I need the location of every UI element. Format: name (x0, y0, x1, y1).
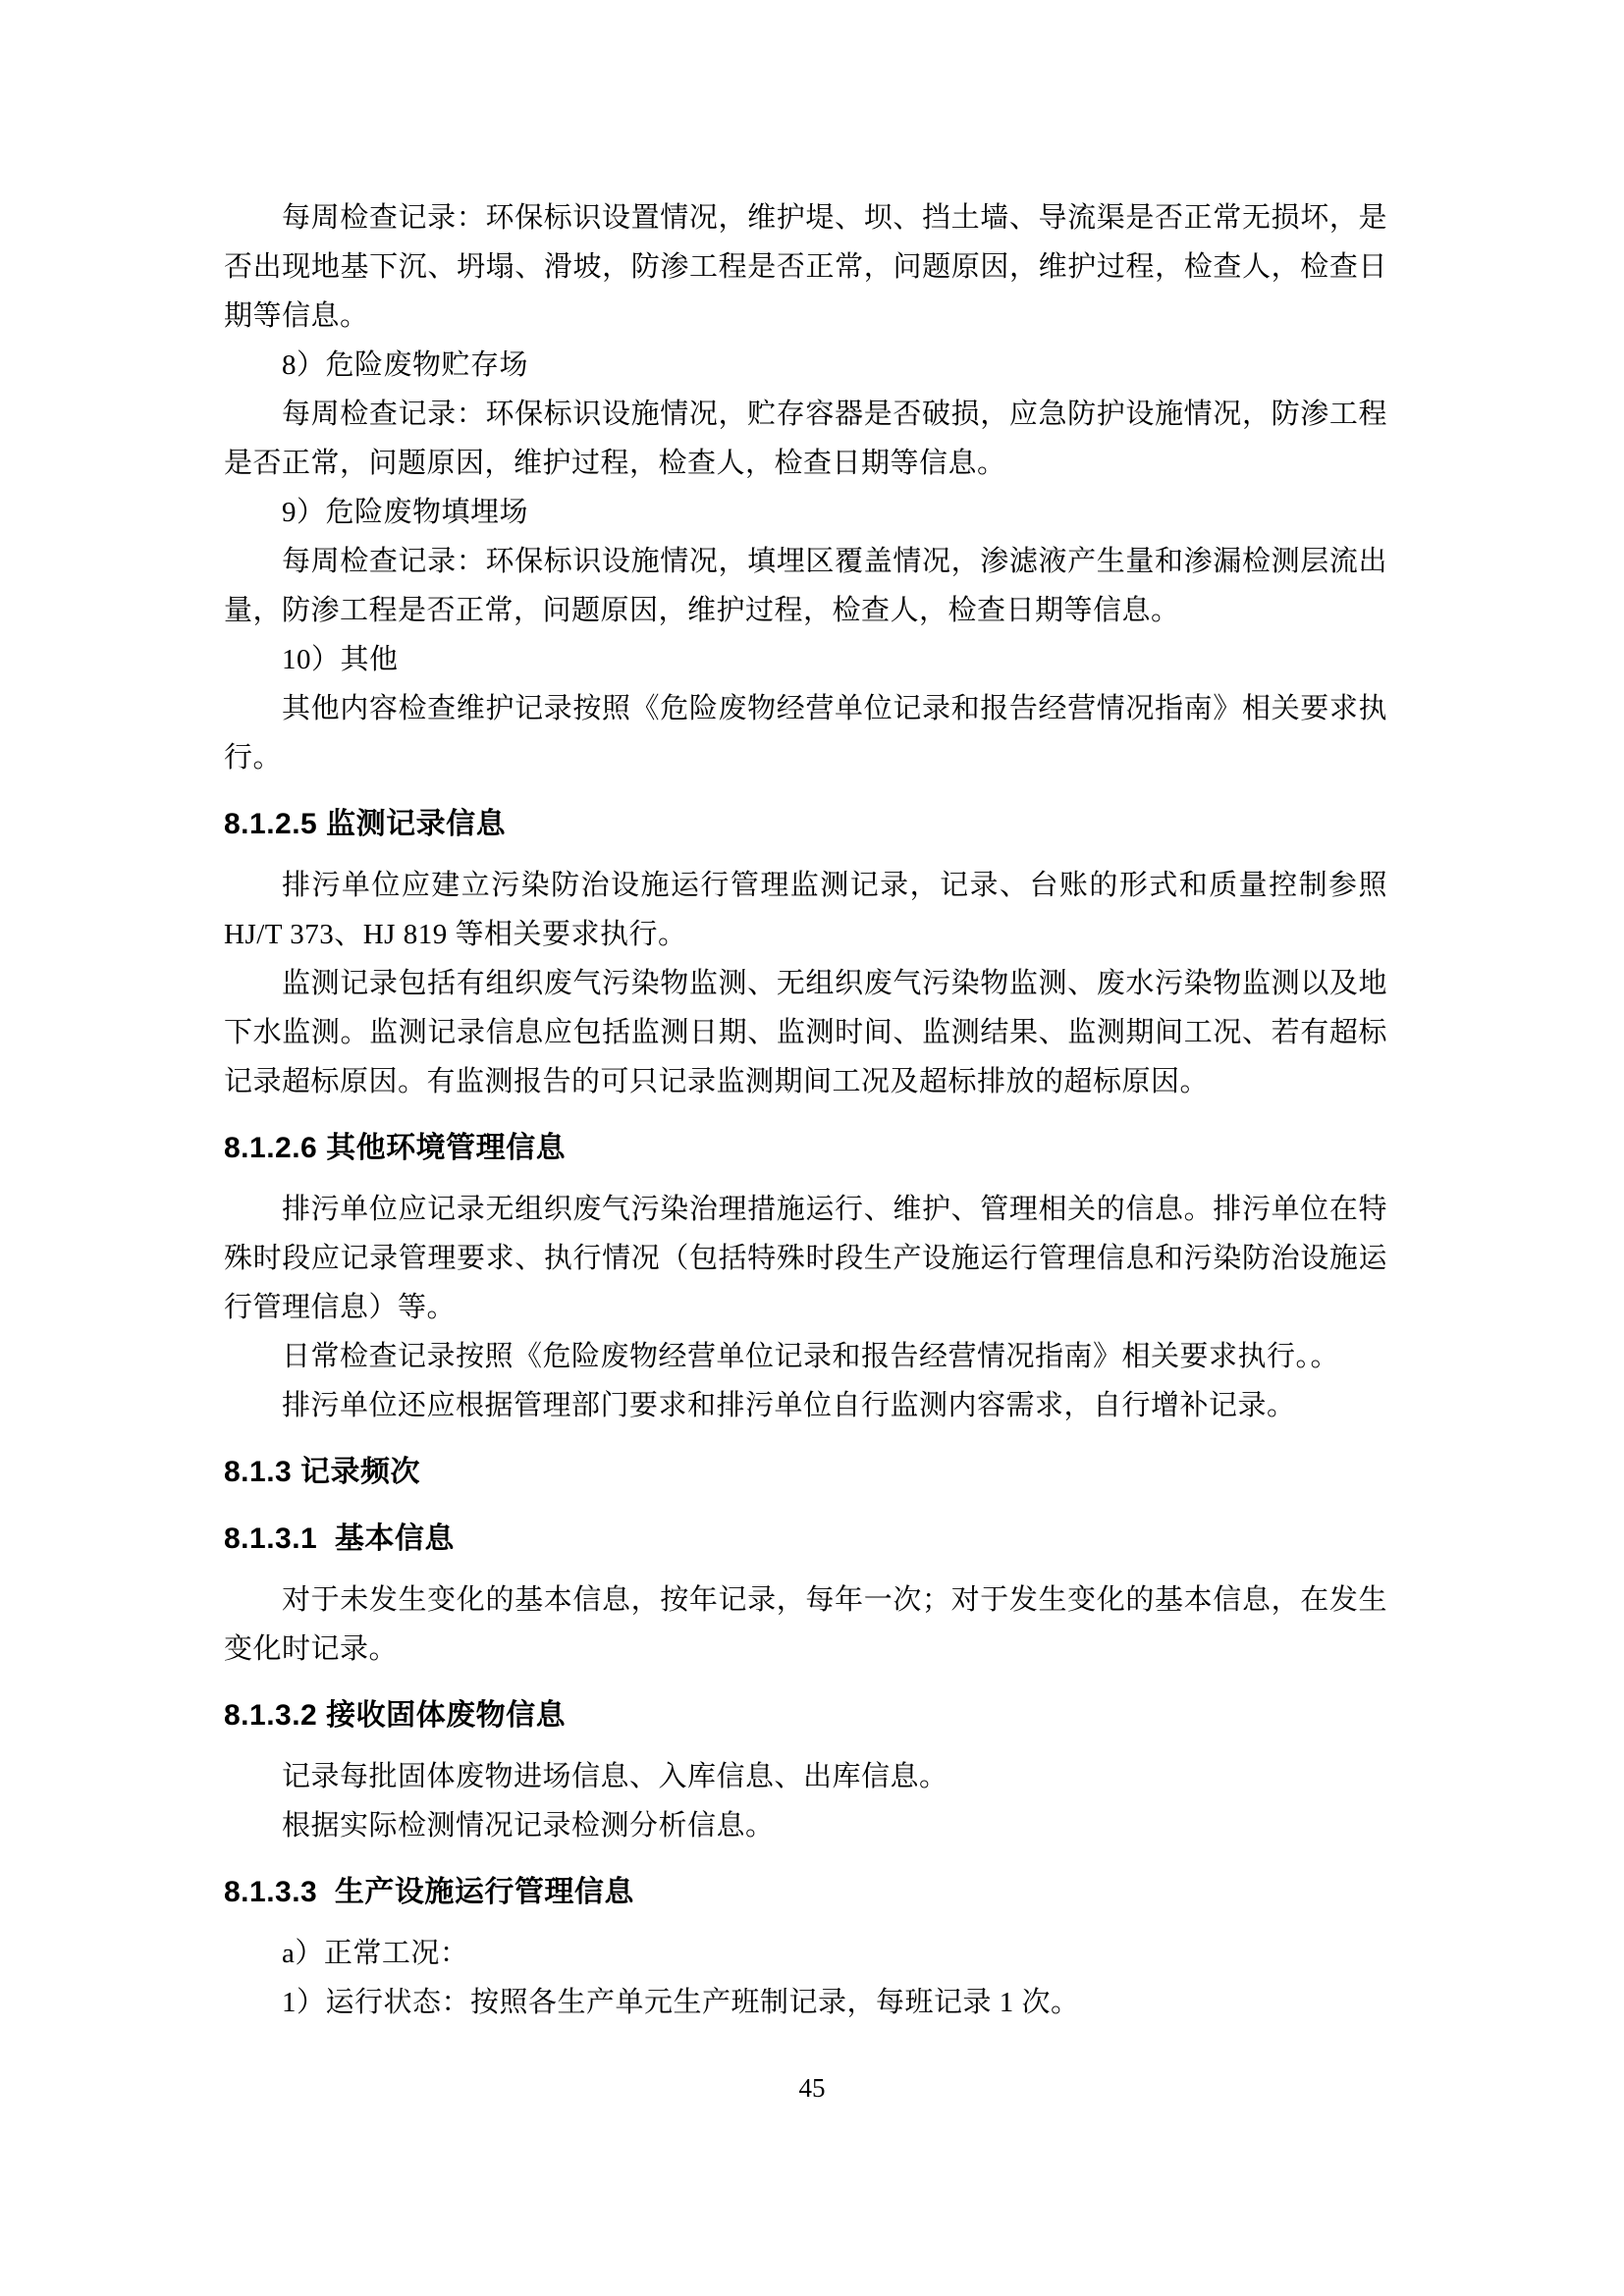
text-line: 行管理信息）等。 (224, 1283, 1387, 1332)
section-heading: 8.1.2.6 其他环境管理信息 (224, 1124, 1387, 1173)
text-line: 每周检查记录：环保标识设施情况，填埋区覆盖情况，渗滤液产生量和渗漏检测层流出 (224, 537, 1387, 586)
document-page: 每周检查记录：环保标识设置情况，维护堤、坝、挡土墙、导流渠是否正常无损坏，是否出… (0, 0, 1624, 2296)
text-line: 殊时段应记录管理要求、执行情况（包括特殊时段生产设施运行管理信息和污染防治设施运 (224, 1234, 1387, 1283)
section-heading: 8.1.2.5 监测记录信息 (224, 800, 1387, 849)
text-line: 下水监测。监测记录信息应包括监测日期、监测时间、监测结果、监测期间工况、若有超标 (224, 1008, 1387, 1057)
text-line: HJ/T 373、HJ 819 等相关要求执行。 (224, 910, 1387, 959)
text-line: 监测记录包括有组织废气污染物监测、无组织废气污染物监测、废水污染物监测以及地 (224, 959, 1387, 1008)
text-line: 排污单位还应根据管理部门要求和排污单位自行监测内容需求，自行增补记录。 (224, 1381, 1387, 1430)
section-heading: 8.1.3.2 接收固体废物信息 (224, 1691, 1387, 1740)
text-line: 8）危险废物贮存场 (224, 341, 1387, 390)
text-line: 量，防渗工程是否正常，问题原因，维护过程，检查人，检查日期等信息。 (224, 586, 1387, 635)
text-line: 排污单位应记录无组织废气污染治理措施运行、维护、管理相关的信息。排污单位在特 (224, 1185, 1387, 1234)
text-line: 是否正常，问题原因，维护过程，检查人，检查日期等信息。 (224, 439, 1387, 488)
text-line: 9）危险废物填埋场 (224, 488, 1387, 537)
text-line: 根据实际检测情况记录检测分析信息。 (224, 1801, 1387, 1850)
text-line: 每周检查记录：环保标识设施情况，贮存容器是否破损，应急防护设施情况，防渗工程 (224, 390, 1387, 439)
text-line: 10）其他 (224, 635, 1387, 684)
text-line: 对于未发生变化的基本信息，按年记录，每年一次；对于发生变化的基本信息，在发生 (224, 1575, 1387, 1625)
text-line: 记录超标原因。有监测报告的可只记录监测期间工况及超标排放的超标原因。 (224, 1057, 1387, 1106)
text-line: 每周检查记录：环保标识设置情况，维护堤、坝、挡土墙、导流渠是否正常无损坏，是 (224, 193, 1387, 242)
text-line: 期等信息。 (224, 292, 1387, 341)
page-number: 45 (0, 2073, 1624, 2104)
text-line: 变化时记录。 (224, 1625, 1387, 1674)
text-line: 否出现地基下沉、坍塌、滑坡，防渗工程是否正常，问题原因，维护过程，检查人，检查日 (224, 242, 1387, 292)
text-line: 行。 (224, 733, 1387, 782)
text-line: 其他内容检查维护记录按照《危险废物经营单位记录和报告经营情况指南》相关要求执 (224, 684, 1387, 733)
section-heading: 8.1.3.1 基本信息 (224, 1515, 1387, 1564)
text-line: a）正常工况： (224, 1929, 1387, 1978)
text-line: 记录每批固体废物进场信息、入库信息、出库信息。 (224, 1752, 1387, 1801)
text-line: 日常检查记录按照《危险废物经营单位记录和报告经营情况指南》相关要求执行。。 (224, 1332, 1387, 1381)
text-line: 1）运行状态：按照各生产单元生产班制记录，每班记录 1 次。 (224, 1978, 1387, 2027)
text-line: 排污单位应建立污染防治设施运行管理监测记录，记录、台账的形式和质量控制参照 (224, 861, 1387, 910)
section-heading: 8.1.3 记录频次 (224, 1448, 1387, 1497)
section-heading: 8.1.3.3 生产设施运行管理信息 (224, 1868, 1387, 1917)
document-body: 每周检查记录：环保标识设置情况，维护堤、坝、挡土墙、导流渠是否正常无损坏，是否出… (224, 193, 1387, 2027)
